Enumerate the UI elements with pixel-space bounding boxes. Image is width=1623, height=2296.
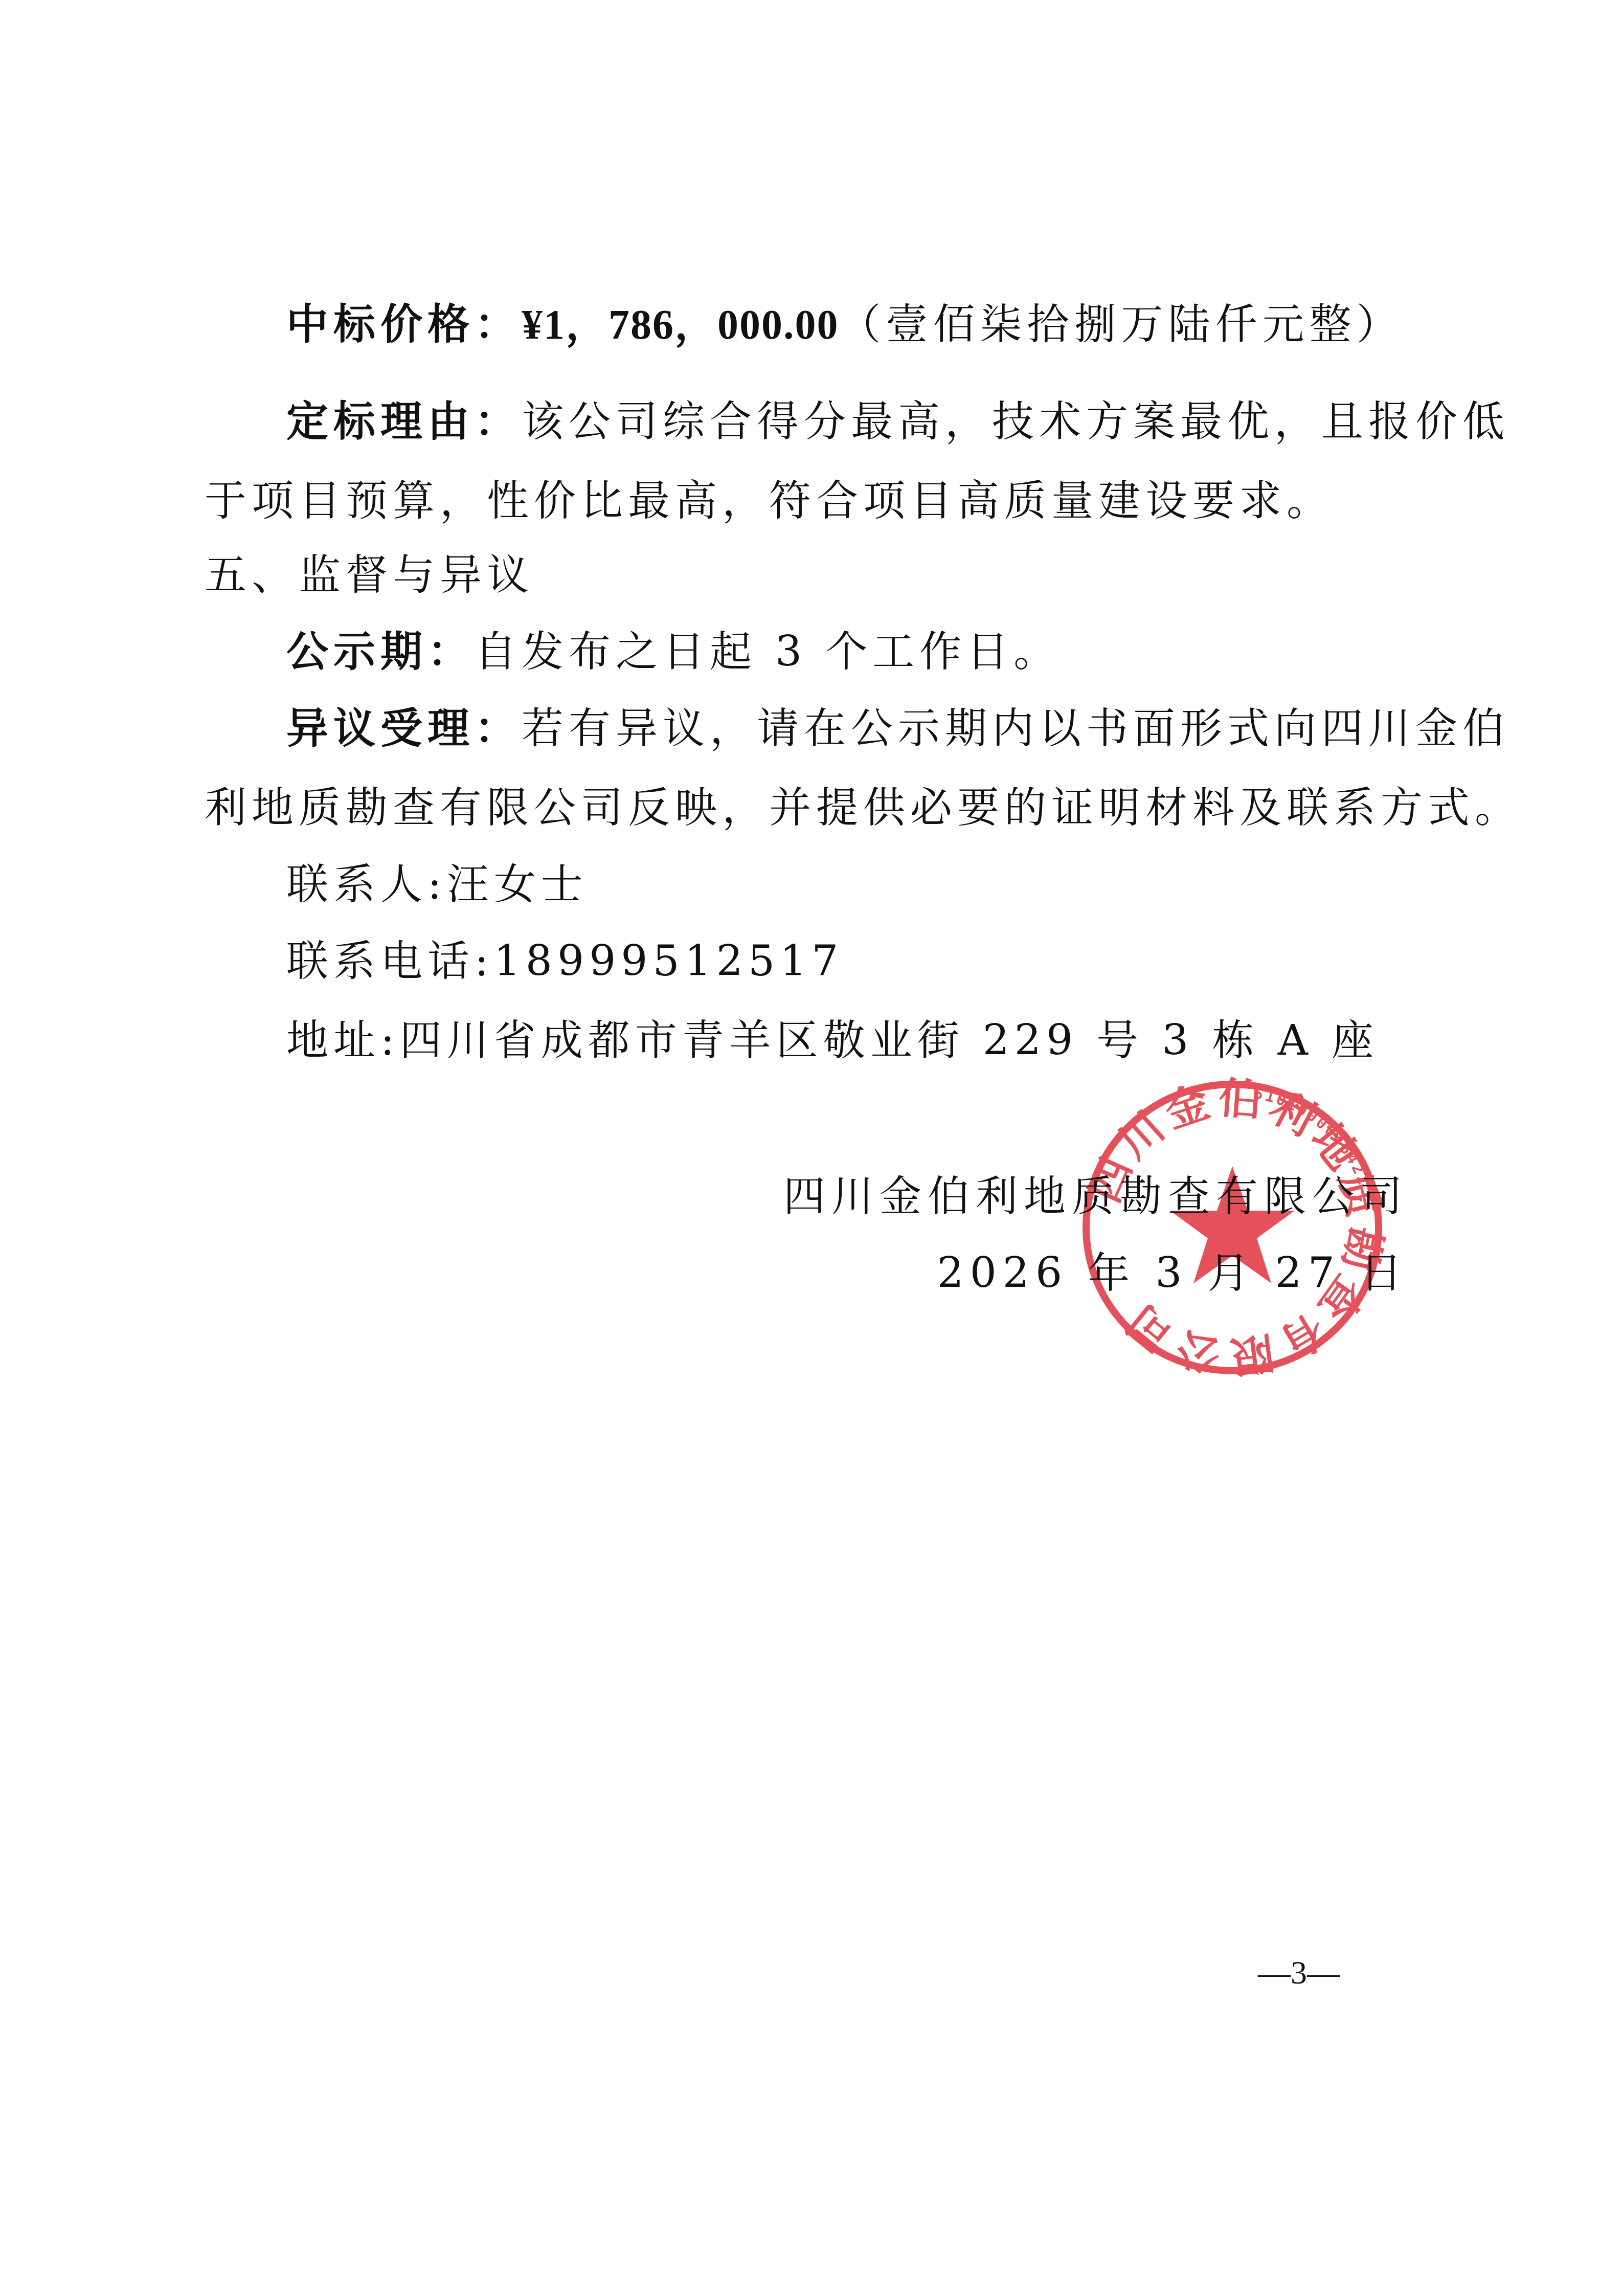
- reason-text-1: 该公司综合得分最高，技术方案最优，且报价低: [522, 397, 1509, 446]
- address-line: 地址:四川省成都市青羊区敬业街 229 号 3 栋 A 座: [286, 1015, 1379, 1066]
- contact-person: 联系人:汪女士: [286, 860, 588, 909]
- objection-text-1: 若有异议，请在公示期内以书面形式向四川金伯: [522, 704, 1509, 753]
- publicity-label: 公示期：: [286, 628, 475, 676]
- signature-company: 四川金伯利地质勘查有限公司: [783, 1171, 1408, 1222]
- award-reason-line-2: 于项目预算，性价比最高，符合项目高质量建设要求。: [205, 476, 1334, 527]
- reason-text-2: 于项目预算，性价比最高，符合项目高质量建设要求。: [205, 477, 1334, 525]
- section-5-title: 五、监督与异议: [205, 551, 534, 599]
- award-price-line: 中标价格：¥1，786，000.00（壹佰柒拾捌万陆仟元整）: [286, 299, 1404, 350]
- price-label: 中标价格：: [286, 300, 522, 349]
- reason-label: 定标理由：: [286, 397, 522, 446]
- objection-text-2: 利地质勘查有限公司反映，并提供必要的证明材料及联系方式。: [205, 784, 1522, 832]
- price-in-words: （壹佰柒拾捌万陆仟元整）: [839, 300, 1404, 349]
- address: 地址:四川省成都市青羊区敬业街 229 号 3 栋 A 座: [286, 1016, 1379, 1065]
- document-page: 四川金伯利地质勘查有限公司 5101000046422 中标价格：¥1，786，…: [0, 0, 1623, 2296]
- award-reason-line-1: 定标理由：该公司综合得分最高，技术方案最优，且报价低: [286, 396, 1509, 448]
- objection-line-1: 异议受理：若有异议，请在公示期内以书面形式向四川金伯: [286, 703, 1509, 754]
- page-number: —3—: [1258, 1954, 1340, 1992]
- signature-date: 2026 年 3 月 27 日: [937, 1248, 1408, 1299]
- objection-line-2: 利地质勘查有限公司反映，并提供必要的证明材料及联系方式。: [205, 783, 1522, 834]
- contact-phone: 联系电话:18999512517: [286, 937, 844, 986]
- signature-date-text: 2026 年 3 月 27 日: [937, 1249, 1408, 1298]
- contact-person-line: 联系人:汪女士: [286, 859, 588, 910]
- objection-label: 异议受理：: [286, 704, 522, 753]
- section-heading: 五、监督与异议: [205, 550, 534, 601]
- publicity-text: 自发布之日起 3 个工作日。: [475, 628, 1061, 676]
- price-amount: ¥1，786，000.00: [522, 301, 839, 348]
- signature-company-name: 四川金伯利地质勘查有限公司: [783, 1172, 1408, 1221]
- publicity-period-line: 公示期：自发布之日起 3 个工作日。: [286, 627, 1061, 678]
- contact-phone-line: 联系电话:18999512517: [286, 936, 844, 987]
